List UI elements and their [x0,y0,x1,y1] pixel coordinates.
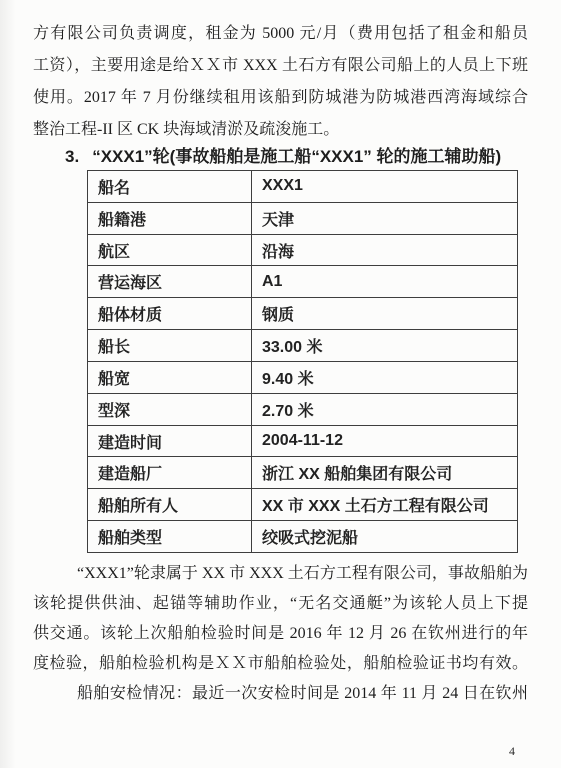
table-row-ship-length: 船长 33.00 米 [88,330,518,362]
table-row-operating-sea-area: 营运海区 A1 [88,266,518,298]
table-row-build-date: 建造时间 2004-11-12 [88,425,518,457]
table-row-ship-type: 船舶类型 绞吸式挖泥船 [88,521,518,553]
text-line: 供交通。该轮上次船舶检验时间是 2016 年 12 月 26 在钦州进行的年 [33,619,528,649]
text-line: 整治工程-II 区 CK 块海域清淤及疏浚施工。 [33,114,528,146]
field-value: XXX1 [252,171,518,203]
field-label: 型深 [88,393,252,425]
field-value: 9.40 米 [252,361,518,393]
field-label: 船名 [88,171,252,203]
table-row-ship-owner: 船舶所有人 XX 市 XXX 土石方工程有限公司 [88,489,518,521]
table-row-ship-name: 船名 XXX1 [88,171,518,203]
field-label: 船宽 [88,361,252,393]
field-value: 钢质 [252,298,518,330]
section-number: 3. [65,147,79,166]
ship-info-table: 船名 XXX1 船籍港 天津 航区 沿海 营运海区 A1 船体材质 钢质 船长 … [87,170,518,553]
text-line: 使用。2017 年 7 月份继续租用该船到防城港为防城港西湾海域综合 [33,82,528,114]
table-row-shipyard: 建造船厂 浙江 XX 船舶集团有限公司 [88,457,518,489]
table-row-hull-material: 船体材质 钢质 [88,298,518,330]
text-line: 该轮提供供油、起锚等辅助作业，“无名交通艇”为该轮人员上下提 [33,589,528,619]
field-label: 船长 [88,330,252,362]
section-title: “XXX1”轮(事故船舶是施工船“XXX1” 轮的施工辅助船) [92,147,501,166]
field-value: XX 市 XXX 土石方工程有限公司 [252,489,518,521]
field-value: 33.00 米 [252,330,518,362]
text-line: 工资），主要用途是给ＸＸ市 XXX 土石方有限公司船上的人员上下班 [33,50,528,82]
text-line: 方有限公司负责调度，租金为 5000 元/月（费用包括了租金和船员 [33,18,528,50]
text-line: 船舶安检情况：最近一次安检时间是 2014 年 11 月 24 日在钦州 [33,679,528,709]
table-row-moulded-depth: 型深 2.70 米 [88,393,518,425]
section-heading: 3.“XXX1”轮(事故船舶是施工船“XXX1” 轮的施工辅助船) [65,146,535,168]
field-value: 绞吸式挖泥船 [252,521,518,553]
field-value: 2004-11-12 [252,425,518,457]
field-label: 船体材质 [88,298,252,330]
text-line: “XXX1”轮隶属于 XX 市 XXX 土石方工程有限公司，事故船舶为 [33,559,528,589]
paragraph-ownership-inspection: “XXX1”轮隶属于 XX 市 XXX 土石方工程有限公司，事故船舶为 该轮提供… [33,559,528,679]
field-label: 建造船厂 [88,457,252,489]
text-line: 度检验，船舶检验机构是ＸＸ市船舶检验处，船舶检验证书均有效。 [33,649,528,679]
field-value: 天津 [252,202,518,234]
field-value: 沿海 [252,234,518,266]
field-label: 营运海区 [88,266,252,298]
field-value: 2.70 米 [252,393,518,425]
field-label: 船舶所有人 [88,489,252,521]
field-label: 建造时间 [88,425,252,457]
field-label: 航区 [88,234,252,266]
paragraph-safety-inspection: 船舶安检情况：最近一次安检时间是 2014 年 11 月 24 日在钦州 [33,679,528,709]
paragraph-charter-info: 方有限公司负责调度，租金为 5000 元/月（费用包括了租金和船员 工资），主要… [33,18,528,146]
field-label: 船舶类型 [88,521,252,553]
document-page: 方有限公司负责调度，租金为 5000 元/月（费用包括了租金和船员 工资），主要… [0,0,561,768]
table-row-navigation-area: 航区 沿海 [88,234,518,266]
field-value: 浙江 XX 船舶集团有限公司 [252,457,518,489]
table-row-ship-breadth: 船宽 9.40 米 [88,361,518,393]
page-number: 4 [509,744,515,759]
table-row-port-of-registry: 船籍港 天津 [88,202,518,234]
field-value: A1 [252,266,518,298]
field-label: 船籍港 [88,202,252,234]
